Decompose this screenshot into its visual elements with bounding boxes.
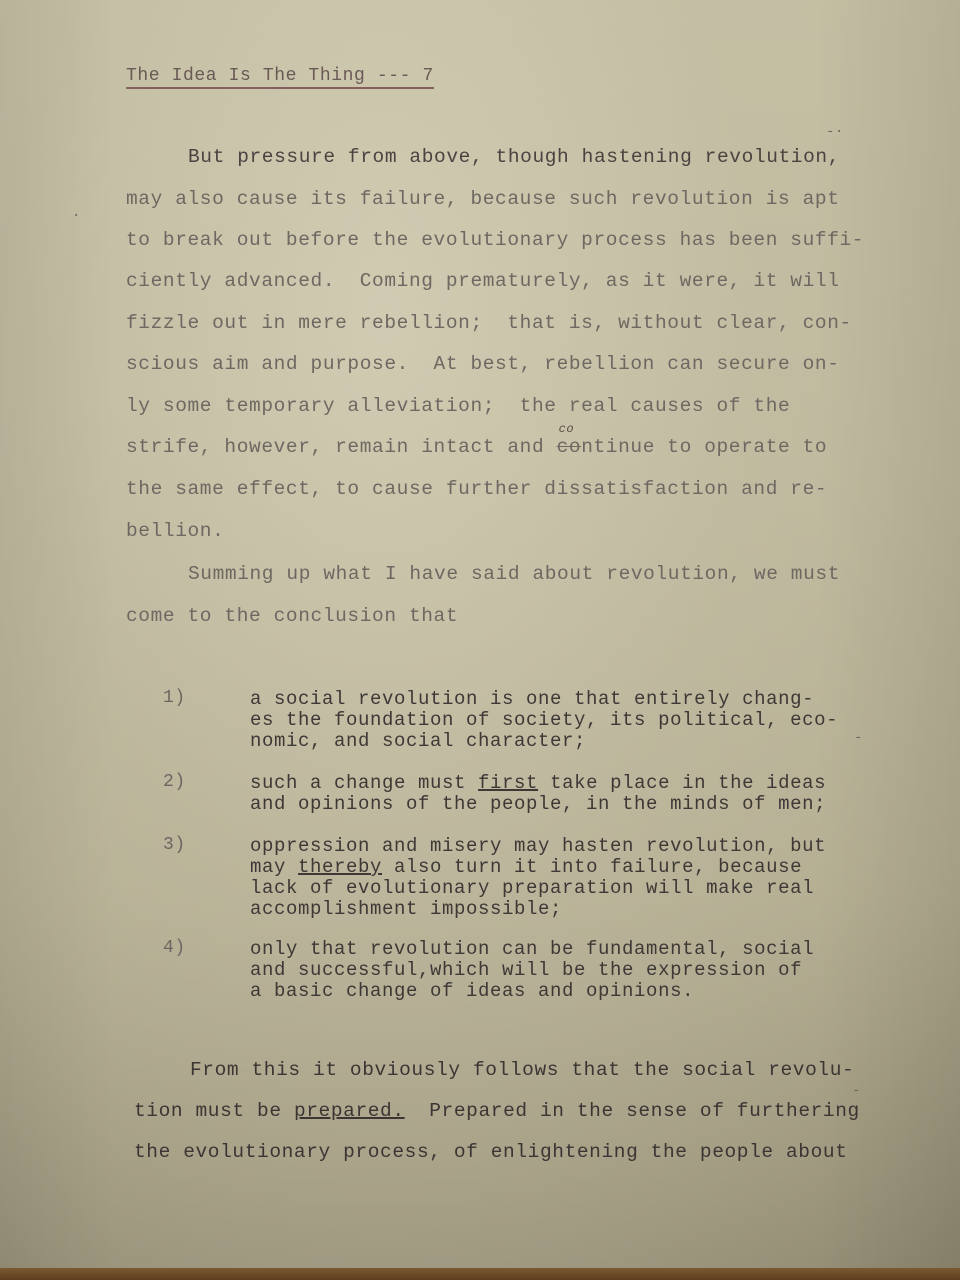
paragraph3-line: tion must be prepared. Prepared in the s… (134, 1100, 860, 1122)
text-segment: ntinue to operate to (581, 436, 827, 458)
list-item-2-line: and opinions of the people, in the minds… (250, 794, 826, 815)
paragraph1-line: the same effect, to cause further dissat… (126, 478, 827, 500)
list-item-1-line: es the foundation of society, its politi… (250, 710, 838, 731)
list-item-3-line: accomplishment impossible; (250, 899, 562, 920)
list-item-4-line: a basic change of ideas and opinions. (250, 981, 694, 1002)
stray-mark: - (854, 730, 863, 746)
text-segment: strife, however, remain intact and (126, 436, 557, 458)
text-segment: such a change must (250, 772, 478, 794)
paragraph1-line-with-correction: strife, however, remain intact and cocon… (126, 436, 827, 458)
text-segment: Prepared in the sense of furthering (405, 1100, 860, 1122)
stray-mark: · (72, 208, 81, 224)
paragraph1-line: ly some temporary alleviation; the real … (126, 395, 790, 417)
text-segment: also turn it into failure, because (382, 856, 802, 878)
handwritten-correction: coco (557, 436, 582, 458)
list-number: 4) (163, 938, 186, 958)
paragraph1-line: ciently advanced. Coming prematurely, as… (126, 270, 840, 292)
list-item-1-line: a social revolution is one that entirely… (250, 689, 814, 710)
stray-mark: -· (826, 124, 844, 140)
list-item-4-line: and successful,which will be the express… (250, 960, 802, 981)
struck-text: co (557, 436, 582, 458)
list-item-4-line: only that revolution can be fundamental,… (250, 939, 814, 960)
underlined-word: thereby (298, 856, 382, 878)
paragraph3-line: the evolutionary process, of enlightenin… (134, 1141, 848, 1163)
correction-above: co (559, 422, 575, 436)
stray-mark: - (852, 1083, 861, 1099)
paragraph1-line: But pressure from above, though hastenin… (188, 146, 840, 168)
paragraph3-line: From this it obviously follows that the … (190, 1059, 854, 1081)
underlined-word: first (478, 772, 538, 794)
paragraph2-line: Summing up what I have said about revolu… (188, 563, 840, 585)
list-item-2-line: such a change must first take place in t… (250, 773, 826, 794)
text-segment: tion must be (134, 1100, 294, 1122)
list-item-3-line: may thereby also turn it into failure, b… (250, 857, 802, 878)
paragraph1-line: scious aim and purpose. At best, rebelli… (126, 353, 840, 375)
list-item-3-line: lack of evolutionary preparation will ma… (250, 878, 814, 899)
list-number: 3) (163, 835, 186, 855)
paragraph2-line: come to the conclusion that (126, 605, 458, 627)
list-item-1-line: nomic, and social character; (250, 731, 586, 752)
underlined-word: prepared. (294, 1100, 405, 1122)
paragraph1-line: to break out before the evolutionary pro… (126, 229, 864, 251)
paragraph1-line: fizzle out in mere rebellion; that is, w… (126, 312, 852, 334)
list-item-3-line: oppression and misery may hasten revolut… (250, 836, 826, 857)
text-segment: take place in the ideas (538, 772, 826, 794)
list-number: 2) (163, 772, 186, 792)
text-segment: may (250, 856, 298, 878)
typewritten-page: The Idea Is The Thing --- 7 But pressure… (0, 0, 960, 1270)
page-header: The Idea Is The Thing --- 7 (126, 66, 434, 89)
paragraph1-line: bellion. (126, 520, 224, 542)
paragraph1-line: may also cause its failure, because such… (126, 188, 840, 210)
list-number: 1) (163, 688, 186, 708)
